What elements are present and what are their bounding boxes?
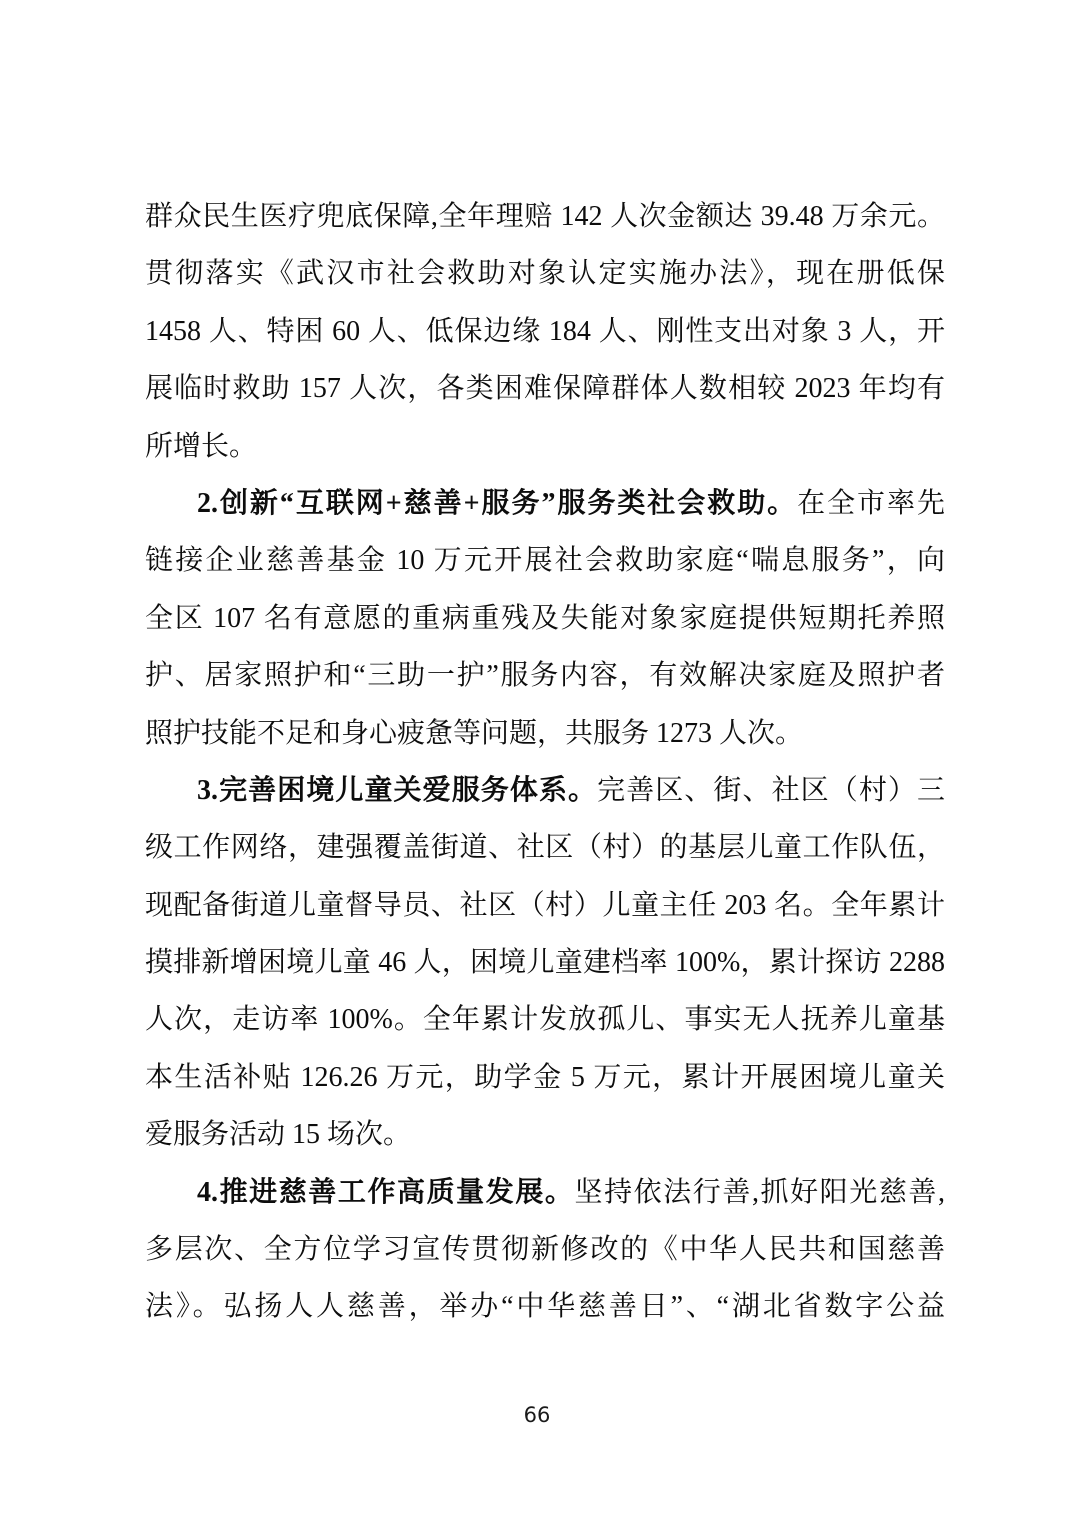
body-text: 所增长。 (145, 431, 257, 462)
document-text-block: 群众民生医疗兜底保障,全年理赔 142 人次金额达 39.48 万余元。 贯彻落… (145, 188, 945, 1336)
body-text: 护、居家照护和“三助一护”服务内容，有效解决家庭及照护者 (145, 660, 945, 691)
text-line: 护、居家照护和“三助一护”服务内容，有效解决家庭及照护者 (145, 647, 945, 704)
body-text: 多层次、全方位学习宣传贯彻新修改的《中华人民共和国慈善 (145, 1234, 945, 1265)
text-line: 全区 107 名有意愿的重病重残及失能对象家庭提供短期托养照 (145, 590, 945, 647)
section-heading: 2.创新“互联网+慈善+服务”服务类社会救助。 (197, 488, 797, 519)
body-text: 摸排新增困境儿童 46 人，困境儿童建档率 100%，累计探访 2288 (145, 947, 945, 978)
text-line: 爱服务活动 15 场次。 (145, 1106, 945, 1163)
text-line: 照护技能不足和身心疲惫等问题，共服务 1273 人次。 (145, 705, 945, 762)
text-line: 展临时救助 157 人次，各类困难保障群体人数相较 2023 年均有 (145, 360, 945, 417)
section-heading-3-line: 3.完善困境儿童关爱服务体系。完善区、街、社区（村）三 (145, 762, 945, 819)
body-text: 群众民生医疗兜底保障,全年理赔 142 人次金额达 39.48 万余元。 (145, 201, 945, 232)
document-page: 群众民生医疗兜底保障,全年理赔 142 人次金额达 39.48 万余元。 贯彻落… (0, 0, 1074, 1520)
body-text: 级工作网络，建强覆盖街道、社区（村）的基层儿童工作队伍， (145, 832, 945, 863)
body-text: 1458 人、特困 60 人、低保边缘 184 人、刚性支出对象 3 人，开 (145, 316, 945, 347)
body-text: 完善区、街、社区（村）三 (597, 775, 945, 806)
body-text: 在全市率先 (797, 488, 945, 519)
body-text: 照护技能不足和身心疲惫等问题，共服务 1273 人次。 (145, 718, 803, 749)
body-text: 人次，走访率 100%。全年累计发放孤儿、事实无人抚养儿童基 (145, 1004, 945, 1035)
section-heading: 4.推进慈善工作高质量发展。 (197, 1177, 575, 1208)
body-text: 本生活补贴 126.26 万元，助学金 5 万元，累计开展困境儿童关 (145, 1062, 945, 1093)
body-text: 爱服务活动 15 场次。 (145, 1119, 411, 1150)
body-text: 展临时救助 157 人次，各类困难保障群体人数相较 2023 年均有 (145, 373, 945, 404)
body-text: 全区 107 名有意愿的重病重残及失能对象家庭提供短期托养照 (145, 603, 945, 634)
section-heading: 3.完善困境儿童关爱服务体系。 (197, 775, 597, 806)
body-text: 链接企业慈善基金 10 万元开展社会救助家庭“喘息服务”，向 (145, 545, 945, 576)
section-heading-4-line: 4.推进慈善工作高质量发展。坚持依法行善,抓好阳光慈善, (145, 1164, 945, 1221)
text-line: 级工作网络，建强覆盖街道、社区（村）的基层儿童工作队伍， (145, 819, 945, 876)
body-text: 法》。弘扬人人慈善，举办“中华慈善日”、“湖北省数字公益 (145, 1291, 945, 1322)
text-line: 法》。弘扬人人慈善，举办“中华慈善日”、“湖北省数字公益 (145, 1278, 945, 1335)
text-line: 人次，走访率 100%。全年累计发放孤儿、事实无人抚养儿童基 (145, 991, 945, 1048)
section-heading-2-line: 2.创新“互联网+慈善+服务”服务类社会救助。在全市率先 (145, 475, 945, 532)
text-line: 1458 人、特困 60 人、低保边缘 184 人、刚性支出对象 3 人，开 (145, 303, 945, 360)
text-line: 多层次、全方位学习宣传贯彻新修改的《中华人民共和国慈善 (145, 1221, 945, 1278)
text-line: 所增长。 (145, 418, 945, 475)
body-text: 现配备街道儿童督导员、社区（村）儿童主任 203 名。全年累计 (145, 890, 945, 921)
body-text: 坚持依法行善,抓好阳光慈善, (575, 1177, 946, 1208)
text-line: 群众民生医疗兜底保障,全年理赔 142 人次金额达 39.48 万余元。 (145, 188, 945, 245)
text-line: 本生活补贴 126.26 万元，助学金 5 万元，累计开展困境儿童关 (145, 1049, 945, 1106)
body-text: 贯彻落实《武汉市社会救助对象认定实施办法》，现在册低保 (145, 258, 945, 289)
text-line: 现配备街道儿童督导员、社区（村）儿童主任 203 名。全年累计 (145, 877, 945, 934)
text-line: 摸排新增困境儿童 46 人，困境儿童建档率 100%，累计探访 2288 (145, 934, 945, 991)
page-number: 66 (0, 1403, 1074, 1427)
text-line: 贯彻落实《武汉市社会救助对象认定实施办法》，现在册低保 (145, 245, 945, 302)
text-line: 链接企业慈善基金 10 万元开展社会救助家庭“喘息服务”，向 (145, 532, 945, 589)
